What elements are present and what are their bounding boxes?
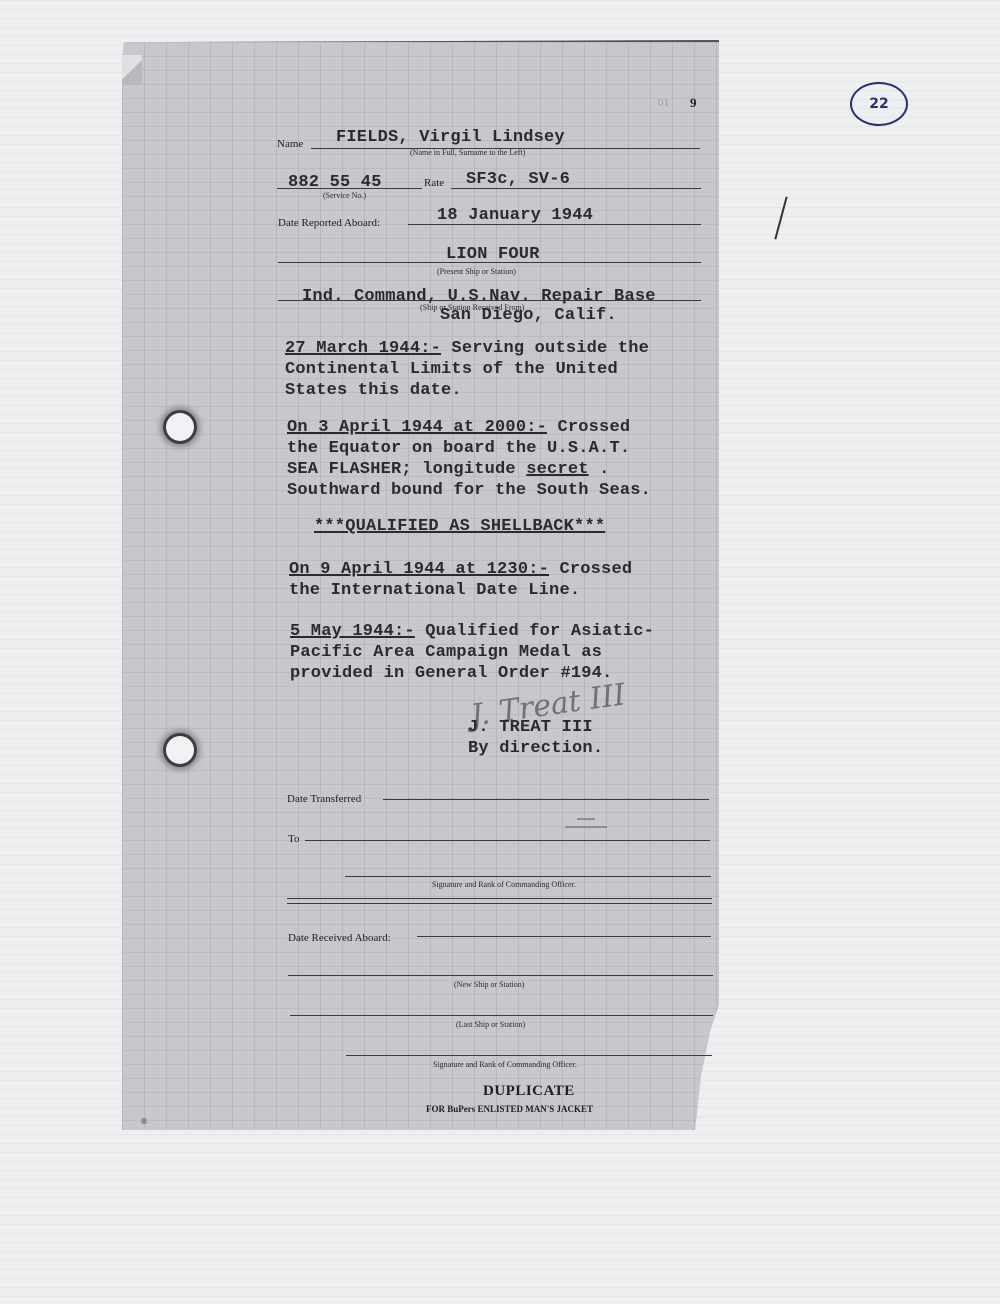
name-value: FIELDS, Virgil Lindsey <box>336 128 565 147</box>
divider-double-1 <box>287 898 712 899</box>
entry-campaign-medal: 5 May 1944:- Qualified for Asiatic- Paci… <box>290 621 654 684</box>
entry-date: 5 May 1944:- <box>290 622 415 641</box>
entry-text: Serving outside the <box>441 339 649 358</box>
sig-rank-hint-1: Signature and Rank of Commanding Officer… <box>432 880 576 889</box>
date-transferred-line <box>383 799 709 800</box>
divider-double-2 <box>287 903 712 904</box>
name-hint: (Name in Full, Surname to the Left) <box>410 148 525 157</box>
signer-name: J. TREAT III <box>468 718 593 737</box>
signer-note: By direction. <box>468 739 603 758</box>
circled-page-annotation: 22 <box>850 82 908 126</box>
entry-text: Crossed <box>547 418 630 437</box>
present-ship-line <box>278 262 701 263</box>
new-ship-line <box>288 975 713 976</box>
duplicate-label: DUPLICATE <box>483 1083 575 1100</box>
shellback-heading: ***QUALIFIED AS SHELLBACK*** <box>314 517 605 536</box>
present-ship-hint: (Present Ship or Station) <box>437 267 516 276</box>
received-from-city: San Diego, Calif. <box>440 306 617 325</box>
rate-value: SF3c, SV-6 <box>466 170 570 189</box>
last-ship-line <box>290 1015 713 1016</box>
entry-date-line: On 9 April 1944 at 1230:- Crossed the In… <box>289 559 632 601</box>
page-number: 9 <box>690 95 697 111</box>
last-ship-hint: (Last Ship or Station) <box>456 1020 525 1029</box>
entry-outside-us: 27 March 1944:- Serving outside the Cont… <box>285 338 649 401</box>
new-ship-hint: (New Ship or Station) <box>454 980 524 989</box>
date-reported-label: Date Reported Aboard: <box>278 217 380 229</box>
entry-text-rest: the International Date Line. <box>289 581 580 600</box>
entry-equator-crossing: On 3 April 1944 at 2000:- Crossed the Eq… <box>287 417 651 501</box>
to-line <box>305 840 710 841</box>
service-number-value: 882 55 45 <box>288 173 382 192</box>
entry-text-rest: Continental Limits of the United States … <box>285 360 618 400</box>
date-transferred-label: Date Transferred <box>287 793 361 805</box>
folded-corner <box>122 55 142 85</box>
date-received-label: Date Received Aboard: <box>288 932 391 944</box>
punch-hole-bottom <box>166 736 194 764</box>
date-received-line <box>417 936 711 937</box>
to-label: To <box>288 833 299 845</box>
date-reported-value: 18 January 1944 <box>437 206 593 225</box>
service-number-line <box>277 188 422 189</box>
sig-rank-hint-2: Signature and Rank of Commanding Officer… <box>433 1060 577 1069</box>
rate-label: Rate <box>424 177 444 189</box>
copyright-mark: ® <box>140 1117 148 1126</box>
received-from-line <box>278 300 701 301</box>
entry-date: 27 March 1944:- <box>285 339 441 358</box>
circled-number: 22 <box>869 96 888 112</box>
sig-line-2 <box>346 1055 712 1056</box>
entry-date: On 9 April 1944 at 1230:- <box>289 560 549 579</box>
entry-date: On 3 April 1944 at 2000:- <box>287 418 547 437</box>
entry-text: Qualified for Asiatic- <box>415 622 654 641</box>
entry-text-rest: Pacific Area Campaign Medal as provided … <box>290 643 612 683</box>
pen-mark <box>774 196 787 239</box>
entry-text: Crossed <box>549 560 632 579</box>
jacket-label: FOR BuPers ENLISTED MAN'S JACKET <box>426 1104 593 1114</box>
faint-stamp: ▬▬▬▬▬▬▬▬▬▬ <box>565 815 607 831</box>
service-number-hint: (Service No.) <box>323 191 366 200</box>
faint-page-mark: 01 <box>658 97 669 109</box>
name-label: Name <box>277 138 303 150</box>
longitude-value: secret <box>526 460 588 479</box>
punch-hole-top <box>166 413 194 441</box>
sig-line-1 <box>345 876 711 877</box>
